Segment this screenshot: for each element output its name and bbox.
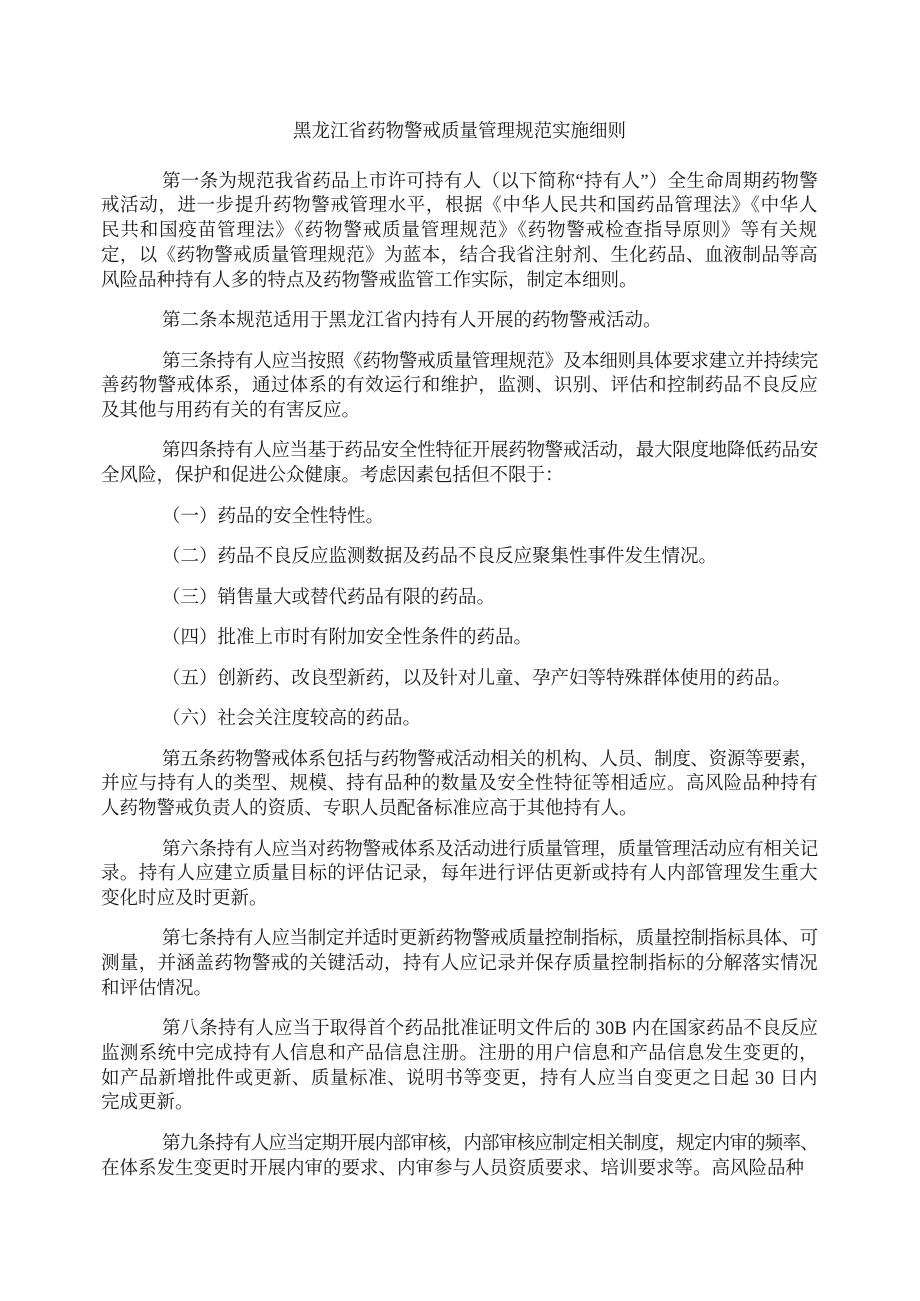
text-line: 测量，并涵盖药物警戒的关键活动，持有人应记录并保存质量控制指标的分解落实情况	[101, 952, 818, 977]
text-line: （五）创新药、改良型新药，以及针对儿童、孕产妇等特殊群体使用的药品。	[101, 667, 818, 692]
text-line: （四）批准上市时有附加安全性条件的药品。	[101, 626, 818, 651]
document-page: 黑龙江省药物警戒质量管理规范实施细则 第一条为规范我省药品上市许可持有人（以下简…	[0, 0, 920, 1301]
paragraph: 第四条持有人应当基于药品安全性特征开展药物警戒活动，最大限度地降低药品安全风险，…	[101, 439, 818, 488]
document-body: 第一条为规范我省药品上市许可持有人（以下简称“持有人”）全生命周期药物警戒活动，…	[101, 170, 818, 1182]
text-line: 民共和国疫苗管理法》《药物警戒质量管理规范》《药物警戒检查指导原则》等有关规	[101, 219, 818, 244]
paragraph: （一）药品的安全性特性。	[101, 505, 818, 530]
document-title: 黑龙江省药物警戒质量管理规范实施细则	[101, 120, 818, 145]
text-line: （六）社会关注度较高的药品。	[101, 707, 818, 732]
text-line: 定，以《药物警戒质量管理规范》为蓝本，结合我省注射剂、生化药品、血液制品等高	[101, 244, 818, 269]
paragraph: 第六条持有人应当对药物警戒体系及活动进行质量管理，质量管理活动应有相关记录。持有…	[101, 838, 818, 912]
text-line: 第六条持有人应当对药物警戒体系及活动进行质量管理，质量管理活动应有相关记	[101, 838, 818, 863]
paragraph: （三）销售量大或替代药品有限的药品。	[101, 586, 818, 611]
paragraph: （四）批准上市时有附加安全性条件的药品。	[101, 626, 818, 651]
paragraph: 第五条药物警戒体系包括与药物警戒活动相关的机构、人员、制度、资源等要素，并应与持…	[101, 748, 818, 822]
paragraph: （五）创新药、改良型新药，以及针对儿童、孕产妇等特殊群体使用的药品。	[101, 667, 818, 692]
text-line: 第三条持有人应当按照《药物警戒质量管理规范》及本细则具体要求建立并持续完	[101, 350, 818, 375]
paragraph: （二）药品不良反应监测数据及药品不良反应聚集性事件发生情况。	[101, 545, 818, 570]
text-line: 录。持有人应建立质量目标的评估记录，每年进行评估更新或持有人内部管理发生重大	[101, 862, 818, 887]
text-line: 完成更新。	[101, 1091, 818, 1116]
text-line: 人药物警戒负责人的资质、专职人员配备标准应高于其他持有人。	[101, 797, 818, 822]
text-line: 第五条药物警戒体系包括与药物警戒活动相关的机构、人员、制度、资源等要素，	[101, 748, 818, 773]
text-line: 如产品新增批件或更新、质量标准、说明书等变更，持有人应当自变更之日起 30 日内	[101, 1067, 818, 1092]
text-line: 变化时应及时更新。	[101, 887, 818, 912]
text-line: 风险品种持有人多的特点及药物警戒监管工作实际，制定本细则。	[101, 269, 818, 294]
text-line: 在体系发生变更时开展内审的要求、内审参与人员资质要求、培训要求等。高风险品种	[101, 1157, 818, 1182]
text-line: 全风险，保护和促进公众健康。考虑因素包括但不限于：	[101, 464, 818, 489]
text-line: 第八条持有人应当于取得首个药品批准证明文件后的 30B 内在国家药品不良反应	[101, 1017, 818, 1042]
text-line: （二）药品不良反应监测数据及药品不良反应聚集性事件发生情况。	[101, 545, 818, 570]
text-line: 戒活动，进一步提升药物警戒管理水平，根据《中华人民共和国药品管理法》《中华人	[101, 194, 818, 219]
text-line: （三）销售量大或替代药品有限的药品。	[101, 586, 818, 611]
text-line: 第四条持有人应当基于药品安全性特征开展药物警戒活动，最大限度地降低药品安	[101, 439, 818, 464]
text-line: 监测系统中完成持有人信息和产品信息注册。注册的用户信息和产品信息发生变更的，	[101, 1042, 818, 1067]
text-line: 第九条持有人应当定期开展内部审核，内部审核应制定相关制度，规定内审的频率、	[101, 1132, 818, 1157]
paragraph: 第二条本规范适用于黑龙江省内持有人开展的药物警戒活动。	[101, 309, 818, 334]
text-line: 第二条本规范适用于黑龙江省内持有人开展的药物警戒活动。	[101, 309, 818, 334]
paragraph: 第一条为规范我省药品上市许可持有人（以下简称“持有人”）全生命周期药物警戒活动，…	[101, 170, 818, 294]
text-line: 和评估情况。	[101, 977, 818, 1002]
paragraph: 第八条持有人应当于取得首个药品批准证明文件后的 30B 内在国家药品不良反应监测…	[101, 1017, 818, 1116]
text-line: 及其他与用药有关的有害反应。	[101, 399, 818, 424]
paragraph: （六）社会关注度较高的药品。	[101, 707, 818, 732]
text-line: 第一条为规范我省药品上市许可持有人（以下简称“持有人”）全生命周期药物警	[101, 170, 818, 195]
text-line: 并应与持有人的类型、规模、持有品种的数量及安全性特征等相适应。高风险品种持有	[101, 772, 818, 797]
paragraph: 第九条持有人应当定期开展内部审核，内部审核应制定相关制度，规定内审的频率、在体系…	[101, 1132, 818, 1181]
paragraph: 第三条持有人应当按照《药物警戒质量管理规范》及本细则具体要求建立并持续完善药物警…	[101, 350, 818, 424]
text-line: 第七条持有人应当制定并适时更新药物警戒质量控制指标，质量控制指标具体、可	[101, 927, 818, 952]
text-line: （一）药品的安全性特性。	[101, 505, 818, 530]
paragraph: 第七条持有人应当制定并适时更新药物警戒质量控制指标，质量控制指标具体、可测量，并…	[101, 927, 818, 1001]
text-line: 善药物警戒体系，通过体系的有效运行和维护，监测、识别、评估和控制药品不良反应	[101, 374, 818, 399]
